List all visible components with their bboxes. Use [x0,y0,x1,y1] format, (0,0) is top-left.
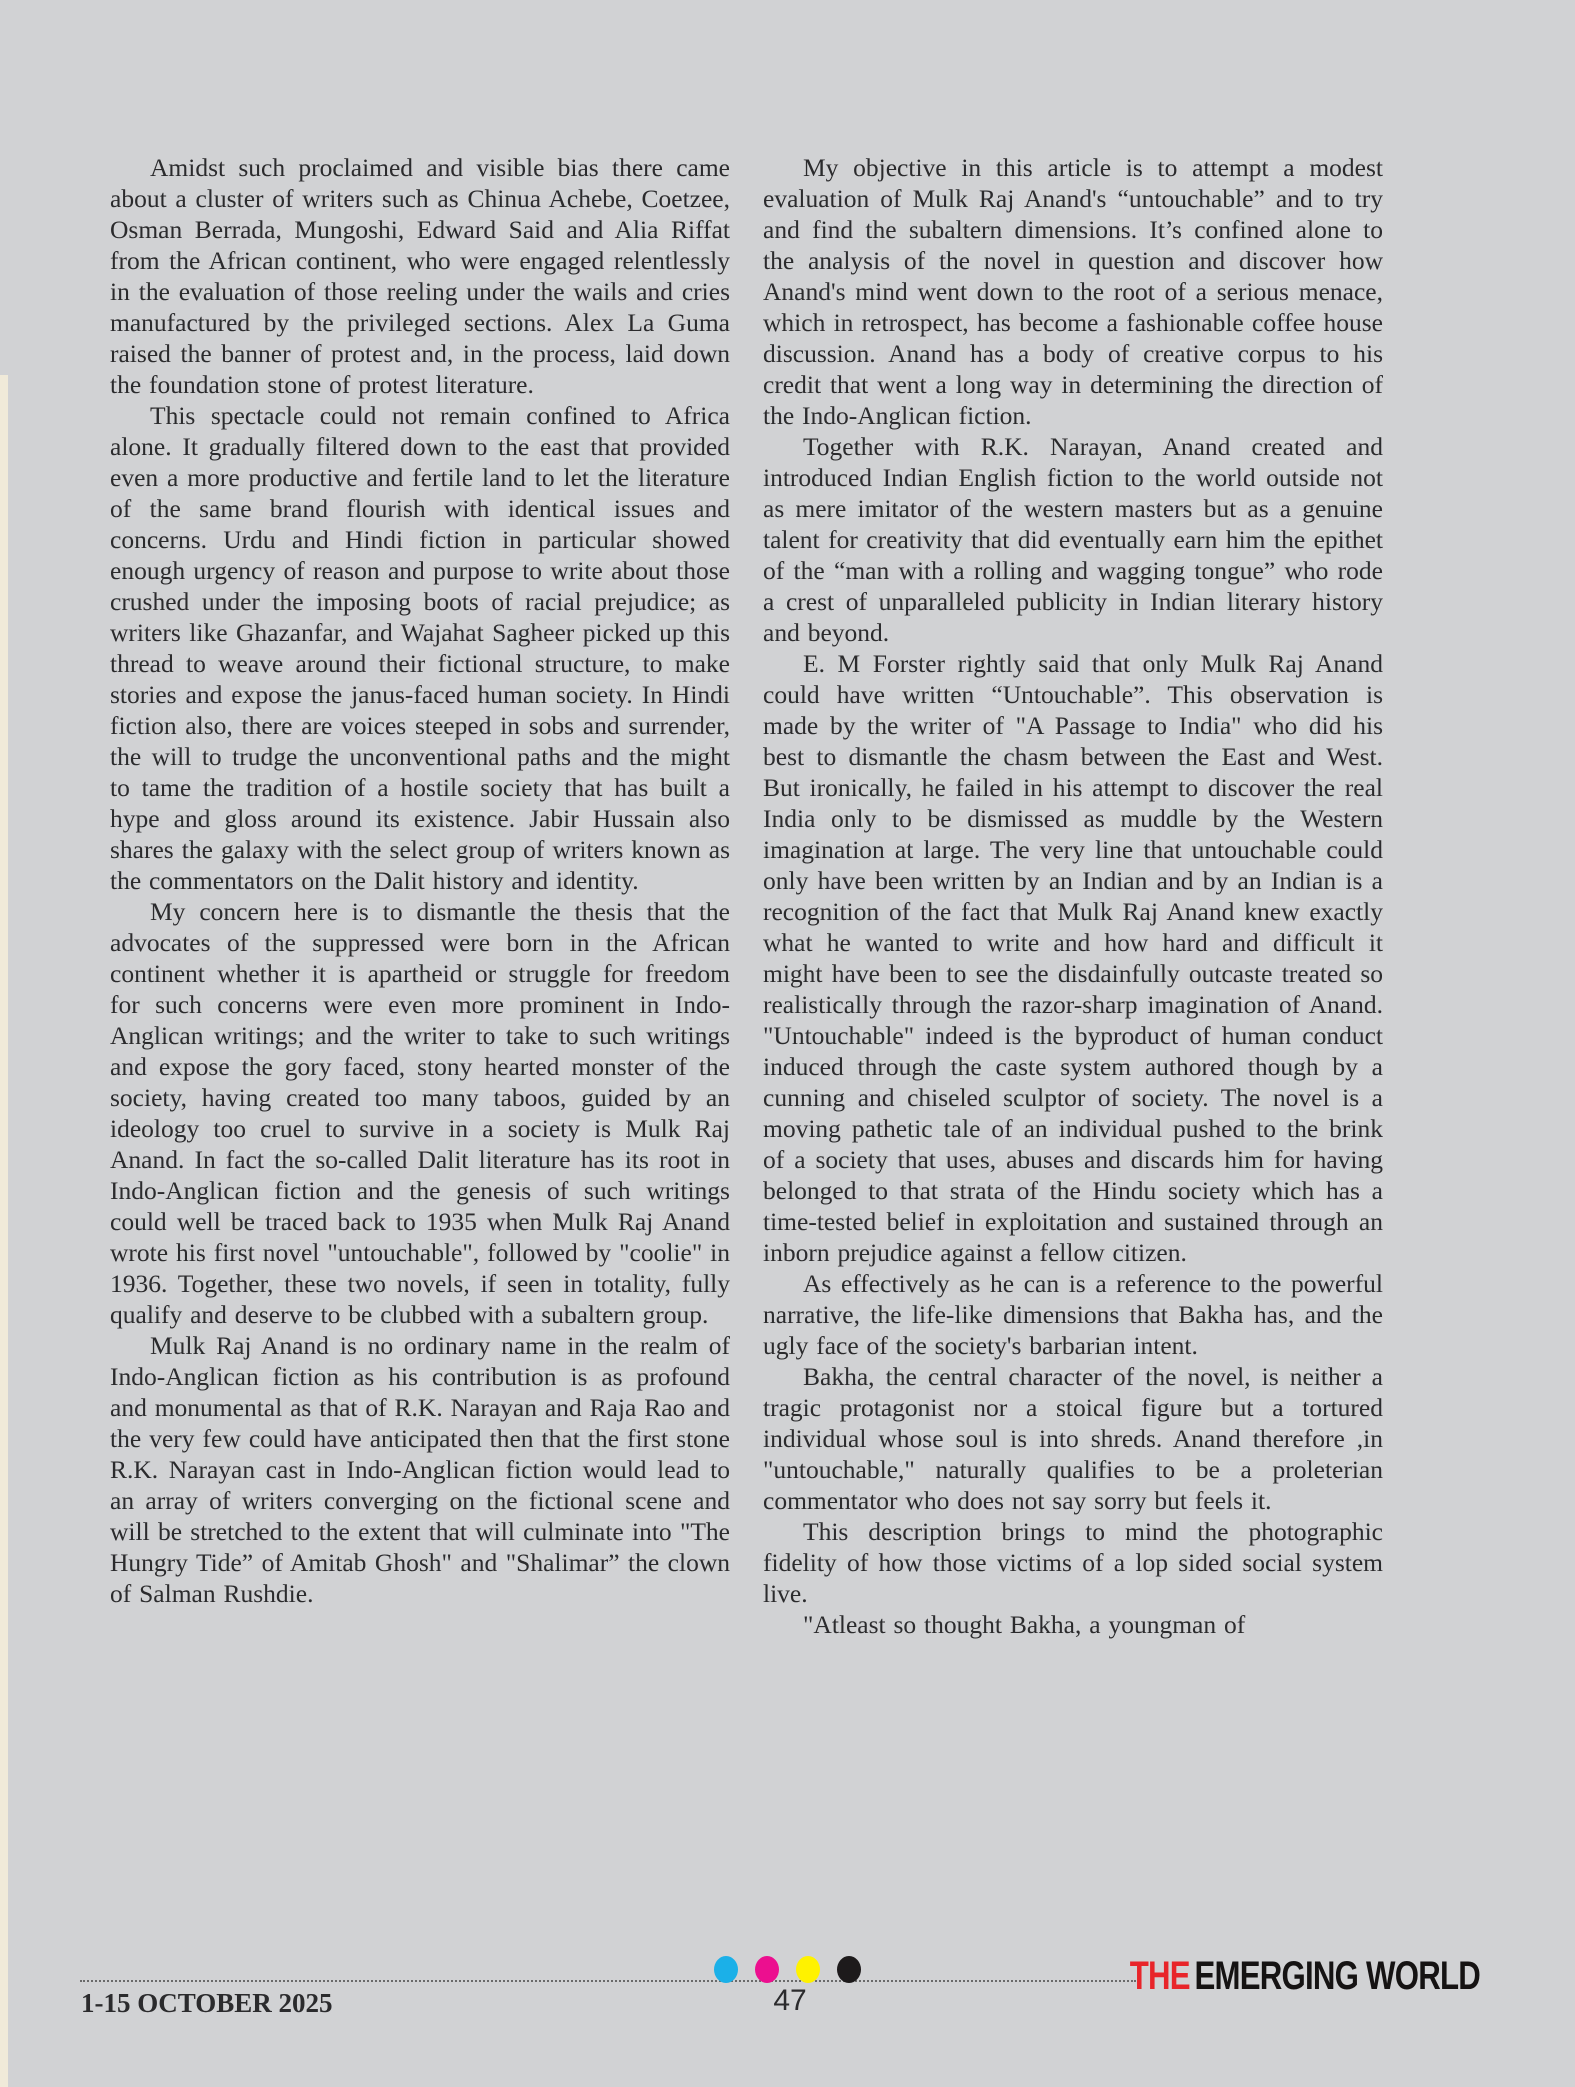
issue-date: 1-15 OCTOBER 2025 [81,1988,333,2019]
magazine-logo: THEEMERGING WORLD [1130,1958,1480,1994]
article-paragraph: E. M Forster rightly said that only Mulk… [763,648,1383,1268]
article-paragraph: My concern here is to dismantle the thes… [110,896,730,1330]
registration-dot-yellow-icon [796,1956,820,1983]
scanned-page-edge-artifact [0,375,8,2087]
cmyk-registration-dots [714,1956,861,1983]
article-paragraph: My objective in this article is to attem… [763,152,1383,431]
article-paragraph: This description brings to mind the phot… [763,1516,1383,1609]
article-column-right: My objective in this article is to attem… [763,152,1383,1640]
registration-dot-magenta-icon [755,1956,779,1983]
article-paragraph: Amidst such proclaimed and visible bias … [110,152,730,400]
magazine-logo-the: THE [1130,1954,1190,1998]
footer-dotted-rule [80,1980,1136,1982]
magazine-logo-rest: EMERGING WORLD [1195,1954,1480,1998]
registration-dot-cyan-icon [714,1956,738,1983]
magazine-page: Amidst such proclaimed and visible bias … [0,0,1575,2087]
article-column-left: Amidst such proclaimed and visible bias … [110,152,730,1609]
page-number: 47 [760,1984,820,2018]
article-paragraph: This spectacle could not remain confined… [110,400,730,896]
article-paragraph: "Atleast so thought Bakha, a youngman of [763,1609,1383,1640]
article-paragraph: Bakha, the central character of the nove… [763,1361,1383,1516]
registration-dot-black-icon [837,1956,861,1983]
article-paragraph: Together with R.K. Narayan, Anand create… [763,431,1383,648]
article-paragraph: Mulk Raj Anand is no ordinary name in th… [110,1330,730,1609]
article-paragraph: As effectively as he can is a reference … [763,1268,1383,1361]
